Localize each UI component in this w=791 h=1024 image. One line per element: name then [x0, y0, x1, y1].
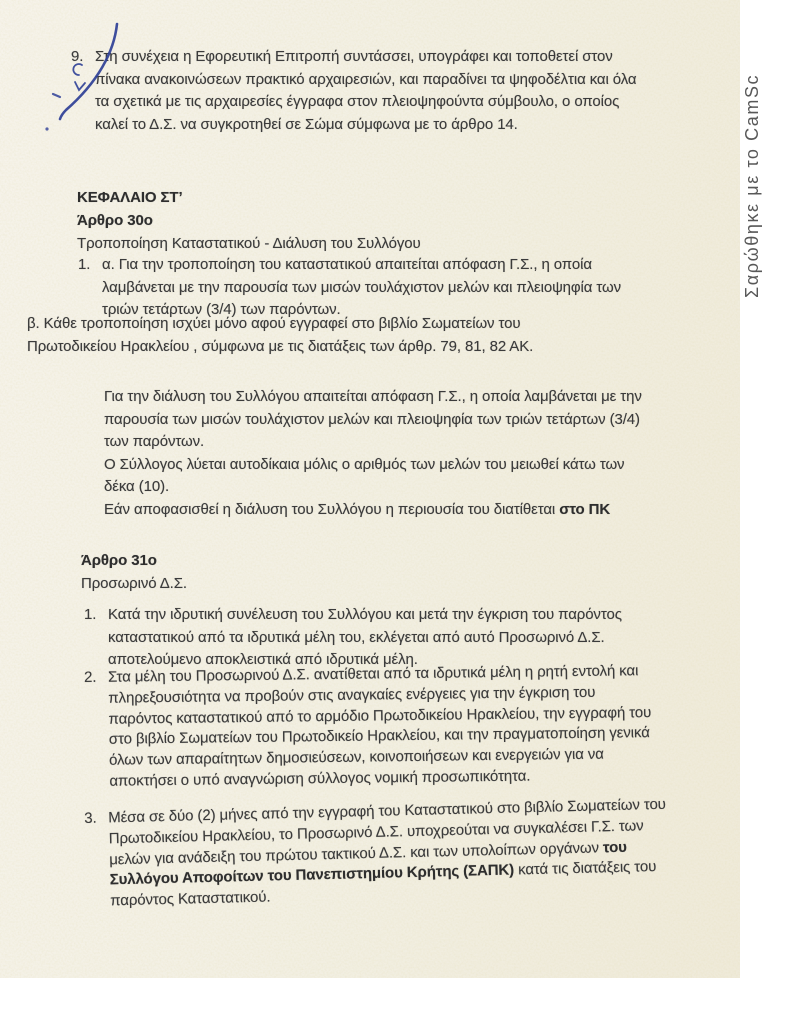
article-30-subtitle: Τροποποίηση Καταστατικού - Διάλυση του Σ… [77, 232, 421, 255]
dissolution-paragraph-3-text: Εάν αποφασισθεί η διάλυση του Συλλόγου η… [104, 501, 559, 518]
article-31-item-3-text-pre: Μέσα σε δύο (2) μήνες από την εγγραφή το… [108, 796, 666, 868]
dissolution-paragraph-1: Για την διάλυση του Συλλόγου απαιτείται … [104, 386, 644, 454]
article-30-clause-b-text: β. Κάθε τροποποίηση ισχύει μόνο αφού εγγ… [27, 313, 594, 358]
dissolution-paragraph-2: Ο Σύλλογος λύεται αυτοδίκαια μόλις ο αρι… [104, 454, 644, 499]
scanned-page: 9. Στη συνέχεια η Εφορευτική Επιτροπή συ… [0, 0, 740, 978]
item-9-text: Στη συνέχεια η Εφορευτική Επιτροπή συντά… [95, 46, 646, 136]
article-30-item-1-text: α. Για την τροποποίηση του καταστατικού … [102, 254, 655, 322]
article-31-item-3: 3. Μέσα σε δύο (2) μήνες από την εγγραφή… [84, 795, 672, 913]
article-31-item-3-text: Μέσα σε δύο (2) μήνες από την εγγραφή το… [108, 795, 672, 913]
article-31-item-1-marker: 1. [84, 604, 108, 672]
dissolution-paragraph-3-bold: στο ΠΚ [559, 501, 610, 518]
article-31-item-2-text: Στα μέλη του Προσωρινού Δ.Σ. ανατίθεται … [108, 661, 661, 793]
article-31-subtitle: Προσωρινό Δ.Σ. [81, 572, 187, 595]
article-31-item-3-marker: 3. [84, 808, 111, 913]
article-31-item-2-marker: 2. [84, 668, 110, 793]
article-30-item-1-marker: 1. [78, 254, 102, 322]
numbered-item-9: 9. Στη συνέχεια η Εφορευτική Επιτροπή συ… [71, 46, 646, 136]
article-30-title: Άρθρο 30ο [77, 209, 421, 232]
article-30-item-1: 1. α. Για την τροποποίηση του καταστατικ… [78, 254, 655, 322]
chapter-heading: ΚΕΦΑΛΑΙΟ ΣΤ’ [77, 186, 421, 209]
camscanner-watermark: Σαρώθηκε με το CamSc [742, 0, 763, 298]
article-30-clause-b: β. Κάθε τροποποίηση ισχύει μόνο αφού εγγ… [27, 313, 594, 358]
dissolution-paragraph-3: Εάν αποφασισθεί η διάλυση του Συλλόγου η… [104, 499, 644, 522]
article-31-item-2: 2. Στα μέλη του Προσωρινού Δ.Σ. ανατίθετ… [84, 661, 661, 793]
pen-annotation [38, 8, 148, 168]
article-31-heading-block: Άρθρο 31ο Προσωρινό Δ.Σ. [81, 549, 187, 595]
article-31-title: Άρθρο 31ο [81, 549, 187, 572]
chapter-heading-block: ΚΕΦΑΛΑΙΟ ΣΤ’ Άρθρο 30ο Τροποποίηση Κατασ… [77, 186, 421, 255]
article-30-dissolution-block: Για την διάλυση του Συλλόγου απαιτείται … [104, 386, 644, 522]
